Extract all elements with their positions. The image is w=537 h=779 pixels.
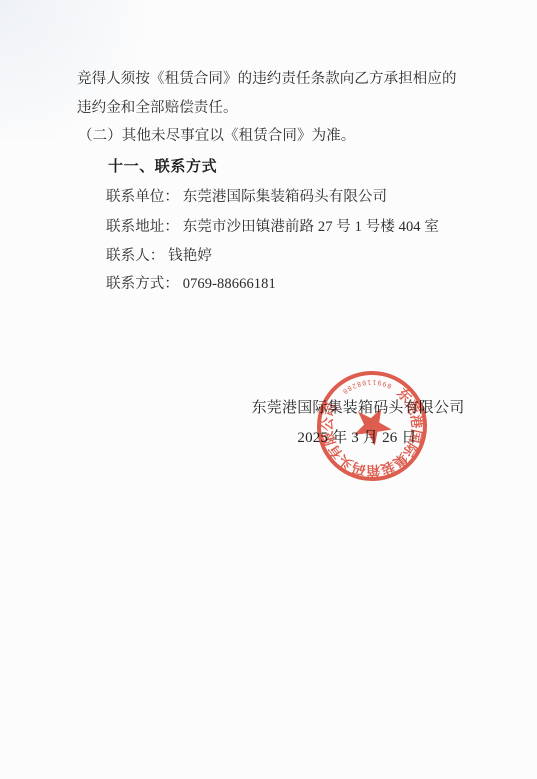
clause-2: （二）其他未尽事宜以《租赁合同》为准。	[78, 128, 355, 145]
svg-text:0991108280: 0991108280	[339, 375, 394, 397]
contact-unit-line: 联系单位： 东莞港国际集装箱码头有限公司	[106, 189, 387, 206]
scan-shading	[0, 0, 180, 140]
contact-person-line: 联系人： 钱艳婷	[106, 248, 212, 265]
paragraph1-line1: 竞得人须按《租赁合同》的违约责任条款向乙方承担相应的	[77, 71, 457, 88]
seal-serial-text: 0991108280	[339, 375, 394, 397]
document-page: 竞得人须按《租赁合同》的违约责任条款向乙方承担相应的 违约金和全部赔偿责任。 （…	[0, 0, 537, 779]
contact-address-line: 联系地址： 东莞市沙田镇港前路 27 号 1 号楼 404 室	[106, 219, 439, 236]
contact-phone-line: 联系方式： 0769-88666181	[106, 276, 276, 293]
section-heading-contact: 十一、联系方式	[108, 158, 217, 175]
paragraph1-line2: 违约金和全部赔偿责任。	[77, 100, 238, 117]
signature-company: 东莞港国际集装箱码头有限公司	[252, 396, 465, 417]
signature-date: 2025 年 3 月 26 日	[297, 426, 416, 447]
